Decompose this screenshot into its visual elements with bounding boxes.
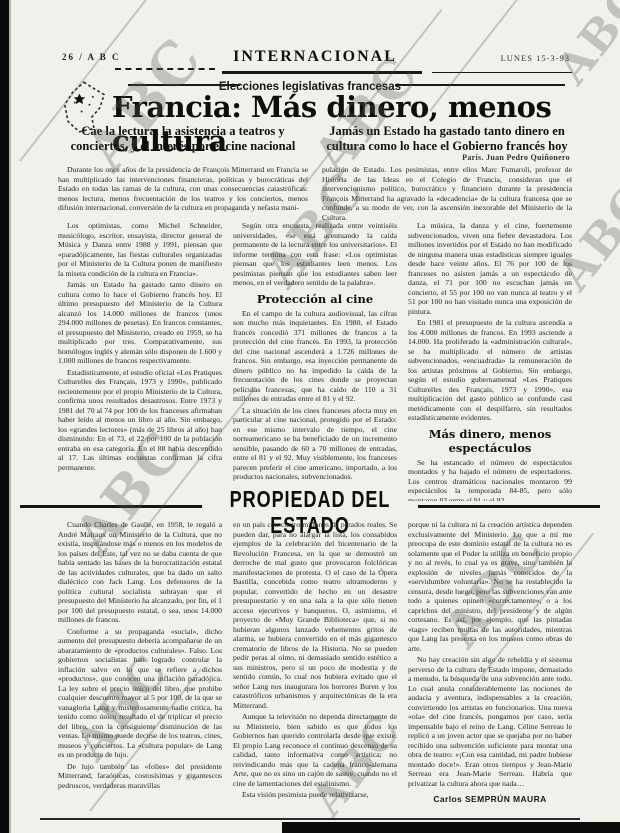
header-rule-right (432, 72, 572, 73)
author-signature: Carlos SEMPRÚN MAURA (408, 794, 572, 804)
scan-bottom-edge (282, 822, 620, 833)
paragraph: Jamás un Estado ha gastado tanto dinero … (58, 280, 222, 366)
kicker-rule-right (395, 84, 565, 86)
section-divider: PROPIEDAD DEL ESTADO (0, 492, 620, 518)
subhead-right: Jamás un Estado ha gastado tanto dinero … (322, 124, 572, 154)
paragraph: No hay creación sin algo de rebeldía y e… (408, 655, 572, 788)
paragraph: En 1981 el presupuesto de la cultura asc… (408, 318, 572, 423)
section-underline (222, 71, 422, 74)
body2-column-1: Cuando Charles de Gaulle, en 1958, le re… (58, 520, 222, 816)
paragraph: Conforme a su propaganda «social», dicho… (58, 627, 222, 760)
subheads-row: Cae la lectura, la asistencia a teatros … (58, 124, 572, 154)
second-article-body: Cuando Charles de Gaulle, en 1958, le re… (58, 520, 572, 816)
subsection-heading-cine: Protección al cine (233, 292, 397, 306)
body-column-3: La música, la danza y el cine, fuertemen… (408, 221, 572, 501)
body-column-1: Los optimistas, como Michel Schneider, m… (58, 221, 222, 501)
edition-date: LUNES 15-3-93 (470, 53, 570, 63)
subsection-heading-espectaculos: Más dinero, menos espectáculos (408, 427, 572, 455)
lead-right: pulación de Estado. Los pesimistas, entr… (322, 165, 572, 222)
paragraph: Estadísticamente, el estudio oficial «Le… (58, 368, 222, 473)
body2-column-2: en un país con cuatro millones de parado… (233, 520, 397, 816)
paragraph: Cuando Charles de Gaulle, en 1958, le re… (58, 520, 222, 625)
lead-paragraphs: Durante los once años de la presidencia … (58, 165, 572, 222)
paragraph: porque ni la cultura ni la creación artí… (408, 520, 572, 653)
subhead-left: Cae la lectura, la asistencia a teatros … (58, 124, 308, 154)
paragraph: en un país con cuatro millones de parado… (233, 520, 397, 710)
paragraph: Según otra encuesta, realizada entre vei… (233, 221, 397, 288)
divider-rule-left (20, 505, 202, 508)
page-content: 26 / A B C INTERNACIONAL LUNES 15-3-93 E… (0, 0, 620, 833)
paragraph: Los optimistas, como Michel Schneider, m… (58, 221, 222, 278)
body-column-2: Según otra encuesta, realizada entre vei… (233, 221, 397, 501)
kicker-rule-left (128, 84, 240, 86)
section-title: INTERNACIONAL (205, 48, 425, 66)
paragraph: La música, la danza y el cine, fuertemen… (408, 221, 572, 316)
paragraph: Aunque la televisión no dependa directam… (233, 712, 397, 788)
paragraph: En el campo de la cultura audiovisual, l… (233, 309, 397, 404)
page-number: 26 / A B C (62, 52, 121, 62)
byline: París. Juan Pedro Quiñonero (315, 153, 570, 162)
bottom-rule (40, 818, 580, 820)
lead-left: Durante los once años de la presidencia … (58, 165, 308, 222)
paragraph: La situación de los cines franceses afec… (233, 406, 397, 482)
divider-rule-right (418, 505, 600, 508)
newspaper-page: ABC ABC ABC ABC ABC ABC ABC ABC ABC 26 /… (0, 0, 620, 833)
article-body: Los optimistas, como Michel Schneider, m… (58, 221, 572, 501)
scan-left-edge (0, 0, 9, 833)
body2-column-3: porque ni la cultura ni la creación artí… (408, 520, 572, 816)
header-rule-dashes (115, 68, 215, 70)
paragraph: De lujo también las «folies» del preside… (58, 762, 222, 791)
paragraph: Esta visión pesimista puede relativizars… (233, 790, 397, 800)
